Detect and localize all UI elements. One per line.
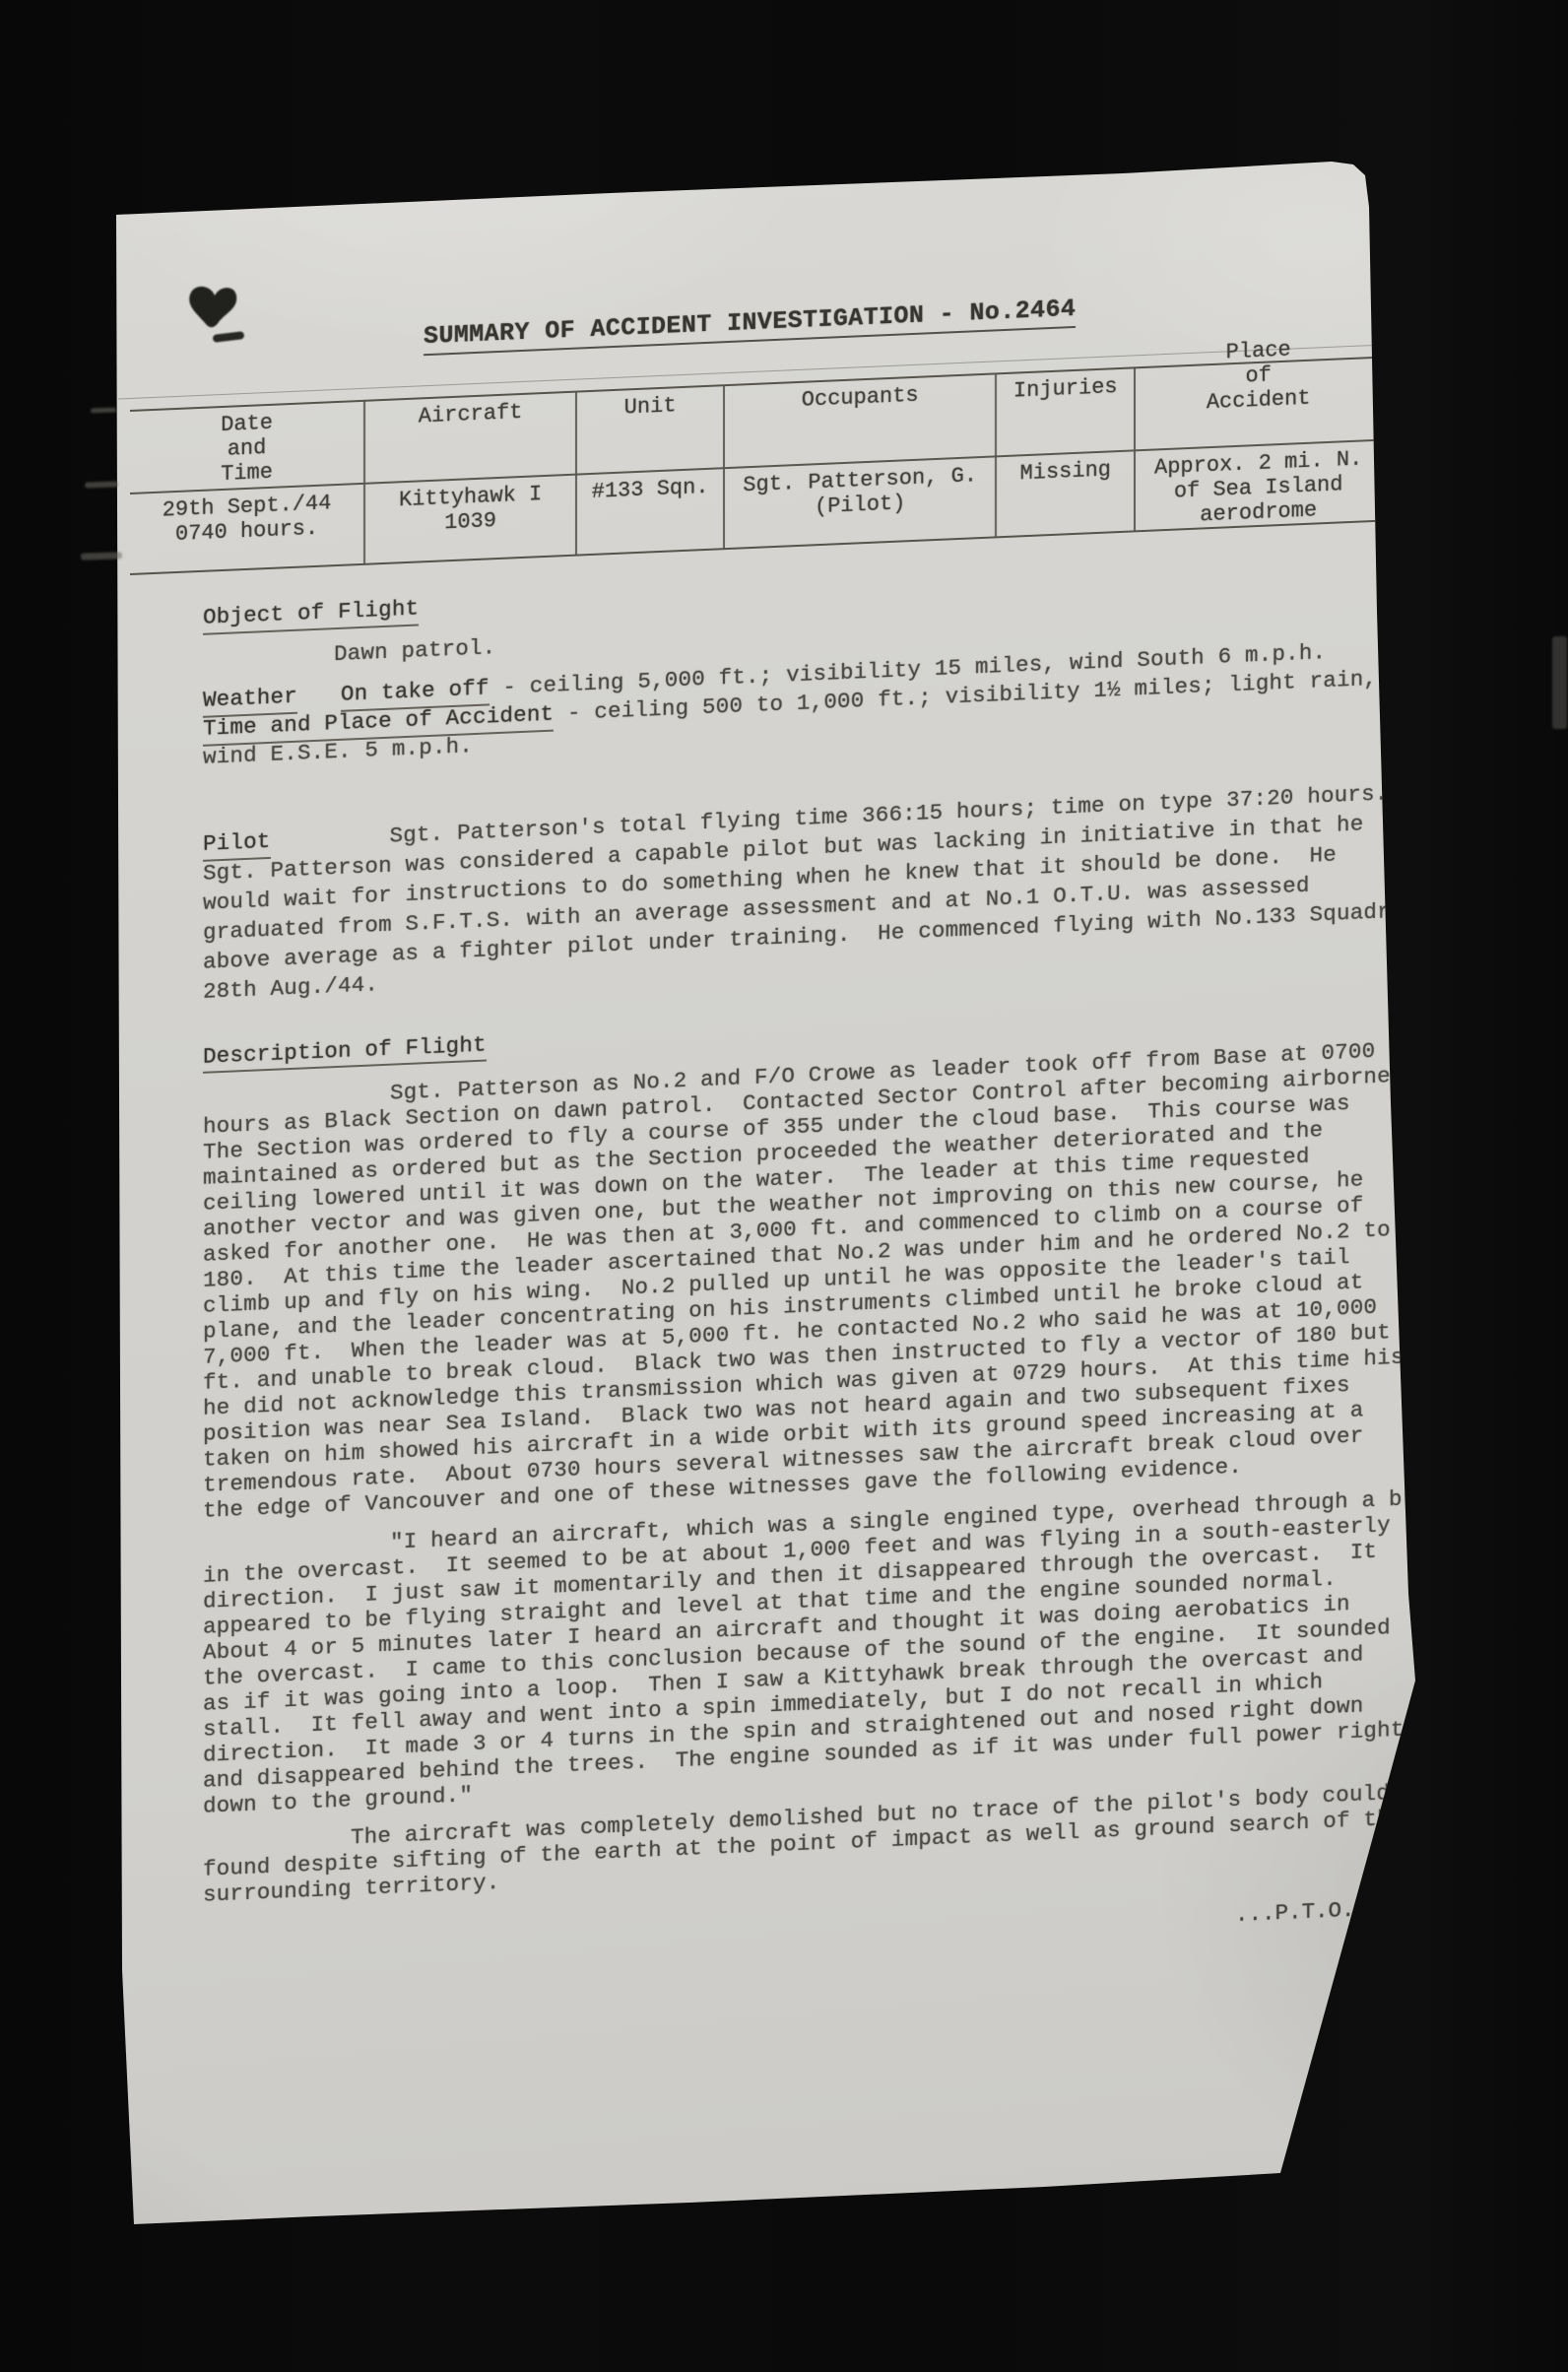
cell-text: Aircraft [365, 398, 575, 431]
section-pilot: PilotSgt. Patterson's total flying time … [203, 779, 1383, 1007]
text-run: 28th Aug./44. [203, 969, 378, 1007]
table-cell-place: Approx. 2 mi. N.of Sea Islandaerodrome [1136, 441, 1383, 531]
table-cell-aircraft: Kittyhawk I1039 [365, 476, 577, 563]
pto-text: ...P.T.O. [1235, 1897, 1355, 1928]
table-header-occupants: Occupants [725, 374, 997, 467]
underlined-heading-text: Description of Flight [203, 1032, 487, 1074]
cell-text: Missing [997, 456, 1134, 487]
cell-text: Injuries [997, 373, 1134, 404]
table-cell-date-time: 29th Sept./440740 hours. [130, 485, 365, 573]
underlined-heading-text: Object of Flight [203, 594, 419, 634]
table-line-artifact [91, 408, 116, 414]
table-line-artifact [81, 552, 122, 560]
text-run: Dawn patrol. [334, 633, 495, 669]
accident-summary-table: DateandTimeAircraftUnitOccupantsInjuries… [130, 357, 1383, 575]
table-header-place: PlaceofAccident [1136, 359, 1383, 450]
document-content: SUMMARY OF ACCIDENT INVESTIGATION - No.2… [130, 134, 1383, 2003]
table-cell-occupants: Sgt. Patterson, G.(Pilot) [725, 457, 997, 548]
table-cell-injuries: Missing [997, 451, 1136, 536]
cell-text: Unit [577, 391, 723, 422]
microfilm-frame: SUMMARY OF ACCIDENT INVESTIGATION - No.2… [0, 0, 1568, 2372]
document-title: SUMMARY OF ACCIDENT INVESTIGATION - No.2… [424, 295, 1076, 356]
table-header-date-time: DateandTime [130, 402, 365, 493]
pto-note: ...P.T.O. [1129, 1870, 1383, 1960]
report-sections: Object of FlightDawn patrol.WeatherOn ta… [203, 554, 1383, 1908]
table-header-injuries: Injuries [997, 368, 1136, 455]
table-header-unit: Unit [577, 386, 725, 473]
table-header-aircraft: Aircraft [365, 393, 577, 483]
ink-blot-stain [177, 278, 260, 361]
cell-text: Occupants [725, 379, 995, 416]
film-edge-artifact [1552, 636, 1567, 729]
cell-text: #133 Sqn. [577, 474, 723, 504]
table-line-artifact [85, 481, 118, 488]
table-cell-unit: #133 Sqn. [577, 469, 725, 554]
section-description-of-flight: Description of FlightSgt. Patterson as N… [203, 994, 1383, 1908]
document-paper: SUMMARY OF ACCIDENT INVESTIGATION - No.2… [0, 0, 1568, 2372]
